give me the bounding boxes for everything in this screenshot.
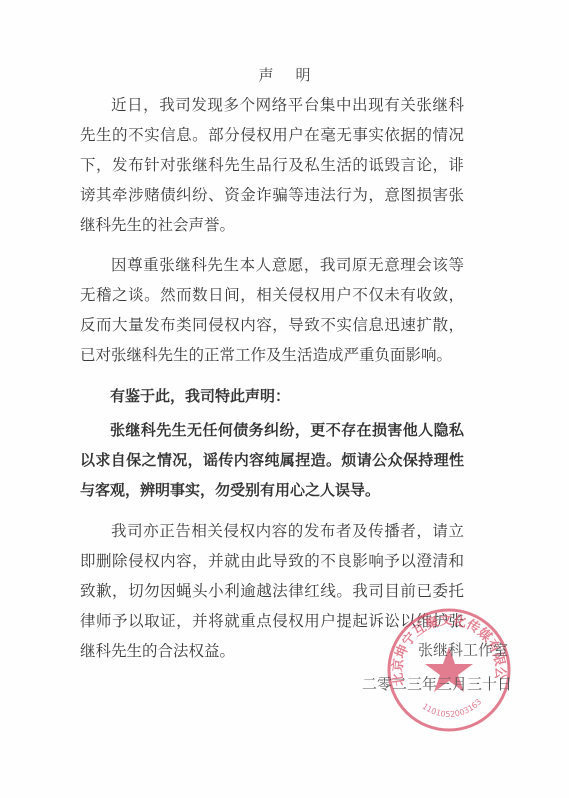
signature: 张继科工作室 [418, 639, 508, 660]
document-title: 声明 [0, 64, 569, 85]
paragraph-1: 近日，我司发现多个网络平台集中出现有关张继科先生的不实信息。部分侵权用户在毫无事… [80, 90, 464, 240]
signature-date: 二零二三年三月三十日 [362, 673, 512, 694]
svg-text:1101052003163: 1101052003163 [421, 697, 484, 719]
seal-number: 1101052003163 [421, 697, 484, 719]
paragraph-3-declaration-intro: 有鉴于此，我司特此声明： [80, 381, 464, 411]
paragraph-2: 因尊重张继科先生本人意愿，我司原无意理会该等无稽之谈。然而数日间，相关侵权用户不… [80, 250, 464, 370]
company-seal-icon: 北京坤宁互聚文化传媒有限公司 1101052003163 [386, 607, 512, 733]
paragraph-4-declaration: 张继科先生无任何债务纠纷，更不存在损害他人隐私以求自保之情况，谣传内容纯属捏造。… [80, 415, 464, 505]
document-body: 近日，我司发现多个网络平台集中出现有关张继科先生的不实信息。部分侵权用户在毫无事… [80, 90, 464, 677]
statement-page: 声明 近日，我司发现多个网络平台集中出现有关张继科先生的不实信息。部分侵权用户在… [0, 0, 569, 798]
